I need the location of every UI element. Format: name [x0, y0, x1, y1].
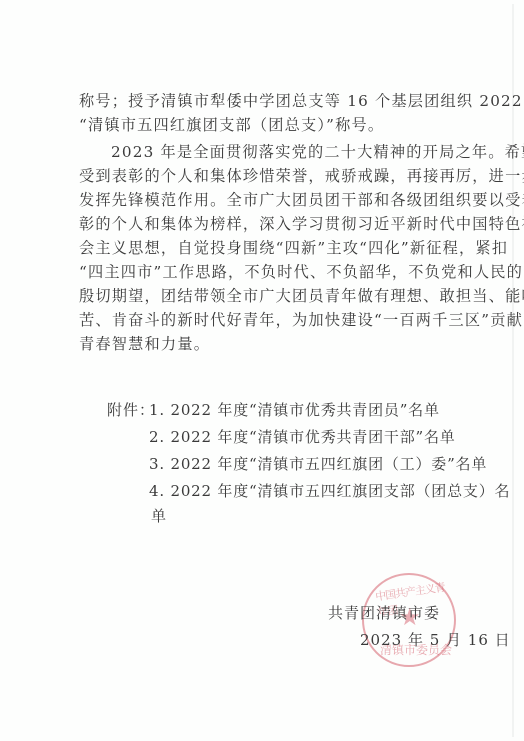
body-line: 青春智慧和力量。	[79, 332, 469, 356]
attachment-item: 3. 2022 年度“清镇市五四红旗团（工）委”名单	[149, 452, 487, 476]
signature-date: 2023 年 5 月 16 日	[360, 628, 511, 652]
body-line: 受到表彰的个人和集体珍惜荣誉，戒骄戒躁，再接再厉，进一步	[79, 164, 469, 188]
body-line: 苦、肯奋斗的新时代好青年，为加快建设“一百两千三区”贡献	[79, 308, 469, 332]
body-line: 殷切期望，团结带领全市广大团员青年做有理想、敢担当、能吃	[79, 284, 469, 308]
body-line: 称号；授予清镇市犁倭中学团总支等 16 个基层团组织 2022 年度	[79, 89, 469, 113]
attachments-label: 附件：	[107, 398, 155, 422]
body-line: 发挥先锋模范作用。全市广大团员团干部和各级团组织要以受表	[79, 188, 469, 212]
signature-organization: 共青团清镇市委	[328, 601, 440, 625]
body-line: 会主义思想，自觉投身围绕“四新”主攻“四化”新征程，紧扣	[79, 236, 469, 260]
attachment-item: 1. 2022 年度“清镇市优秀共青团员”名单	[149, 398, 440, 422]
body-line: 2023 年是全面贯彻落实党的二十大精神的开局之年。希望	[111, 140, 501, 164]
attachment-item: 单	[151, 504, 167, 528]
page-edge	[512, 4, 514, 737]
body-line: “四主四市”工作思路，不负时代、不负韶华，不负党和人民的	[79, 260, 469, 284]
body-line: 彰的个人和集体为榜样，深入学习贯彻习近平新时代中国特色社	[79, 212, 469, 236]
attachment-item: 2. 2022 年度“清镇市优秀共青团干部”名单	[149, 425, 456, 449]
attachment-item: 4. 2022 年度“清镇市五四红旗团支部（团总支）名	[149, 479, 510, 503]
body-line: “清镇市五四红旗团支部（团总支）”称号。	[79, 113, 469, 137]
